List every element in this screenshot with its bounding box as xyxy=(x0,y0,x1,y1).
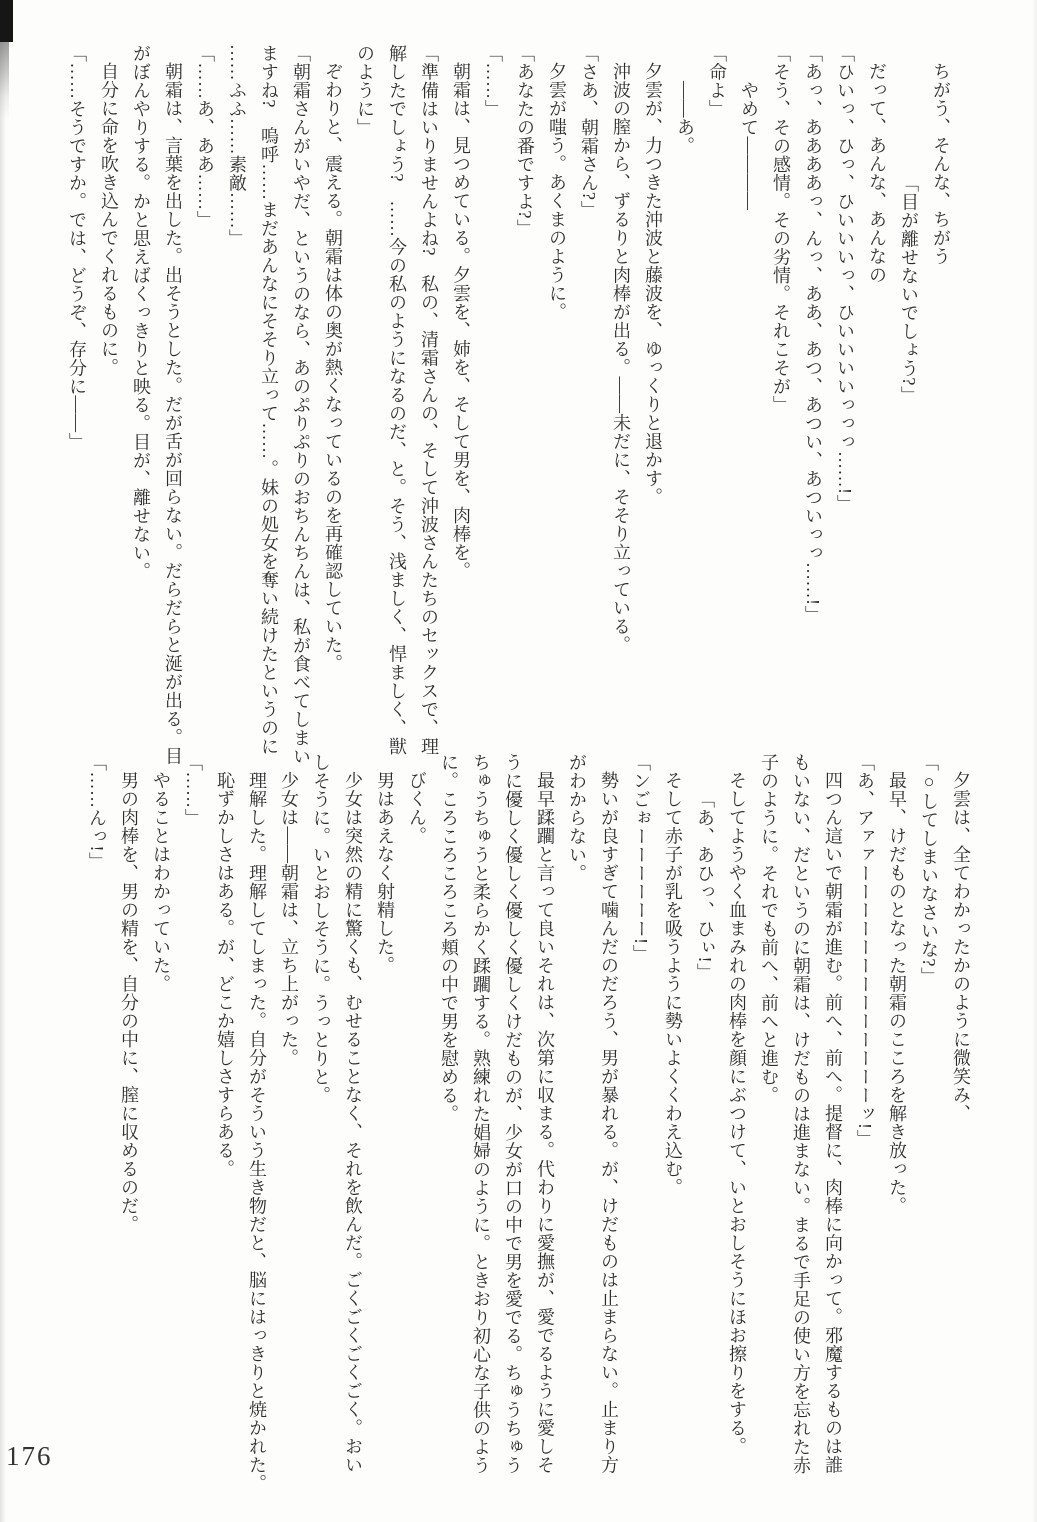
text-column: 「○してしまいなさいな?」 xyxy=(913,753,945,1455)
text-column: 四つん這いで朝霜が進む。前へ、前へ。提督に、肉棒に向かって。邪魔するものは誰 xyxy=(817,753,849,1455)
text-column: がぼんやりする。かと思えばくっきりと映る。目が、離せない。 xyxy=(125,44,157,738)
page-number: 176 xyxy=(6,1441,53,1472)
text-column: 「……んっ!」 xyxy=(81,753,113,1455)
text-column: しそうに。いとおしそうに。うっとりと。 xyxy=(305,753,337,1455)
scan-right-edge-shadow xyxy=(1032,0,1037,1522)
text-column: 男の肉棒を、男の精を、自分の中に、膣に収めるのだ。 xyxy=(113,753,145,1455)
text-column: 沖波の膣から、ずるりと肉棒が出る。――未だに、そそり立っている。 xyxy=(605,44,637,738)
text-column: だって、あんな、あんなの xyxy=(861,44,893,738)
scan-corner-mark xyxy=(0,0,13,42)
text-column: ちがう、そんな、ちがう xyxy=(925,44,957,738)
text-column: うに優しく優しく優しく優しくけだものが、少女が口の中で男を愛でる。ちゅうちゅう xyxy=(497,753,529,1455)
text-column: 夕雲は、全てわかったかのように微笑み、 xyxy=(945,753,977,1455)
text-column: 「あ、アァァーーーーーーーーーーーーーッ!」 xyxy=(849,753,881,1455)
text-column: がわからない。 xyxy=(561,753,593,1455)
text-column: 「準備はいりませんよね? 私の、清霜さんの、そして沖波さんたちのセックスで、理 xyxy=(413,44,445,738)
text-column: 「そう、その感情。その劣情。それこそが」 xyxy=(765,44,797,738)
scan-corner-smudge xyxy=(0,42,9,120)
text-column: ――あ。 xyxy=(669,44,701,738)
text-column: ちゅうちゅうと柔らかく蹂躙する。熟練れた娼婦のように。ときおり初心な子供のよう xyxy=(465,753,497,1455)
bottom-text-block: 夕雲は、全てわかったかのように微笑み、 「○してしまいなさいな?」 最早、けだも… xyxy=(81,753,977,1455)
novel-scan-page: ちがう、そんな、ちがう 「目が離せないでしょう?」 だって、あんな、あんなの 「… xyxy=(0,0,1037,1522)
text-column: のように」 xyxy=(349,44,381,738)
text-column: 「あ、あひっ、ひぃ!」 xyxy=(689,753,721,1455)
text-column: 夕雲が、力つきた沖波と藤波を、ゆっくりと退かす。 xyxy=(637,44,669,738)
text-column: 「ひいっ、ひっ、ひいいいっ、ひいいいいっっっ……!」 xyxy=(829,44,861,738)
text-column: 「……」 xyxy=(477,44,509,738)
text-column: 恥ずかしさはある。が、どこか嬉しさすらある。 xyxy=(209,753,241,1455)
text-column: 「……そうですか。では、どうぞ、存分に――」 xyxy=(61,44,93,738)
text-column: びくん。 xyxy=(401,753,433,1455)
text-column: 「……」 xyxy=(177,753,209,1455)
text-column: やることはわかっていた。 xyxy=(145,753,177,1455)
text-column: 少女は――朝霜は、立ち上がった。 xyxy=(273,753,305,1455)
text-column: 「ンごぉーーーーーー!」 xyxy=(625,753,657,1455)
text-column: 自分に命を吹き込んでくれるものに。 xyxy=(93,44,125,738)
text-column: やめて―――― xyxy=(733,44,765,738)
text-column: 「あなたの番ですよ?」 xyxy=(509,44,541,738)
text-column: 「目が離せないでしょう?」 xyxy=(893,44,925,738)
text-column: 理解した。理解してしまった。自分がそういう生き物だと、脳にはっきりと焼かれた。 xyxy=(241,753,273,1455)
text-column: ぞわりと、震える。朝霜は体の奥が熱くなっているのを再確認していた。 xyxy=(317,44,349,738)
text-column: 「……あ、ああ……」 xyxy=(189,44,221,738)
text-column: 夕雲が嗤う。あくまのように。 xyxy=(541,44,573,738)
text-column: そして赤子が乳を吸うように勢いよくくわえ込む。 xyxy=(657,753,689,1455)
text-column: 解したでしょう? ……今の私のようになるのだ、と。そう、浅ましく、悍ましく、獣 xyxy=(381,44,413,738)
text-column: 「命よ」 xyxy=(701,44,733,738)
text-column: ますね? 嗚呼……まだあんなにそそり立って……。妹の処女を奪い続けたというのに xyxy=(253,44,285,738)
text-column: 朝霜は、見つめている。夕雲を、姉を、そして男を、肉棒を。 xyxy=(445,44,477,738)
text-column: 勢いが良すぎて噛んだのだろう、男が暴れる。が、けだものは止まらない。止まり方 xyxy=(593,753,625,1455)
text-column: 最早蹂躙と言って良いそれは、次第に収まる。代わりに愛撫が、愛でるように愛しそ xyxy=(529,753,561,1455)
text-column: 「朝霜さんがいやだ、というのなら、あのぷりぷりのおちんちんは、私が食べてしまい xyxy=(285,44,317,738)
text-column: 朝霜は、言葉を出した。出そうとした。だが舌が回らない。だらだらと涎が出る。目 xyxy=(157,44,189,738)
text-column: 少女は突然の精に驚くも、むせることなく、それを飲んだ。ごくごくごくごく。おい xyxy=(337,753,369,1455)
top-text-block: ちがう、そんな、ちがう 「目が離せないでしょう?」 だって、あんな、あんなの 「… xyxy=(61,44,957,738)
text-column: もいない、だというのに朝霜は、けだものは進まない。まるで手足の使い方を忘れた赤 xyxy=(785,753,817,1455)
text-column: そしてようやく血まみれの肉棒を顔にぶつけて、いとおしそうにほお擦りをする。 xyxy=(721,753,753,1455)
scan-left-edge-shadow xyxy=(0,0,6,1522)
text-column: 男はあえなく射精した。 xyxy=(369,753,401,1455)
text-column: に。ころころころころ頬の中で男を慰める。 xyxy=(433,753,465,1455)
text-column: 「あっ、ああああっ、んっ、ああ、あつ、あつい、あついっっ……!」 xyxy=(797,44,829,738)
text-column: 「さあ、朝霜さん?」 xyxy=(573,44,605,738)
text-column: 子のように。それでも前へ、前へと進む。 xyxy=(753,753,785,1455)
text-column: ……ふふ……素敵……」 xyxy=(221,44,253,738)
text-column: 最早、けだものとなった朝霜のこころを解き放った。 xyxy=(881,753,913,1455)
